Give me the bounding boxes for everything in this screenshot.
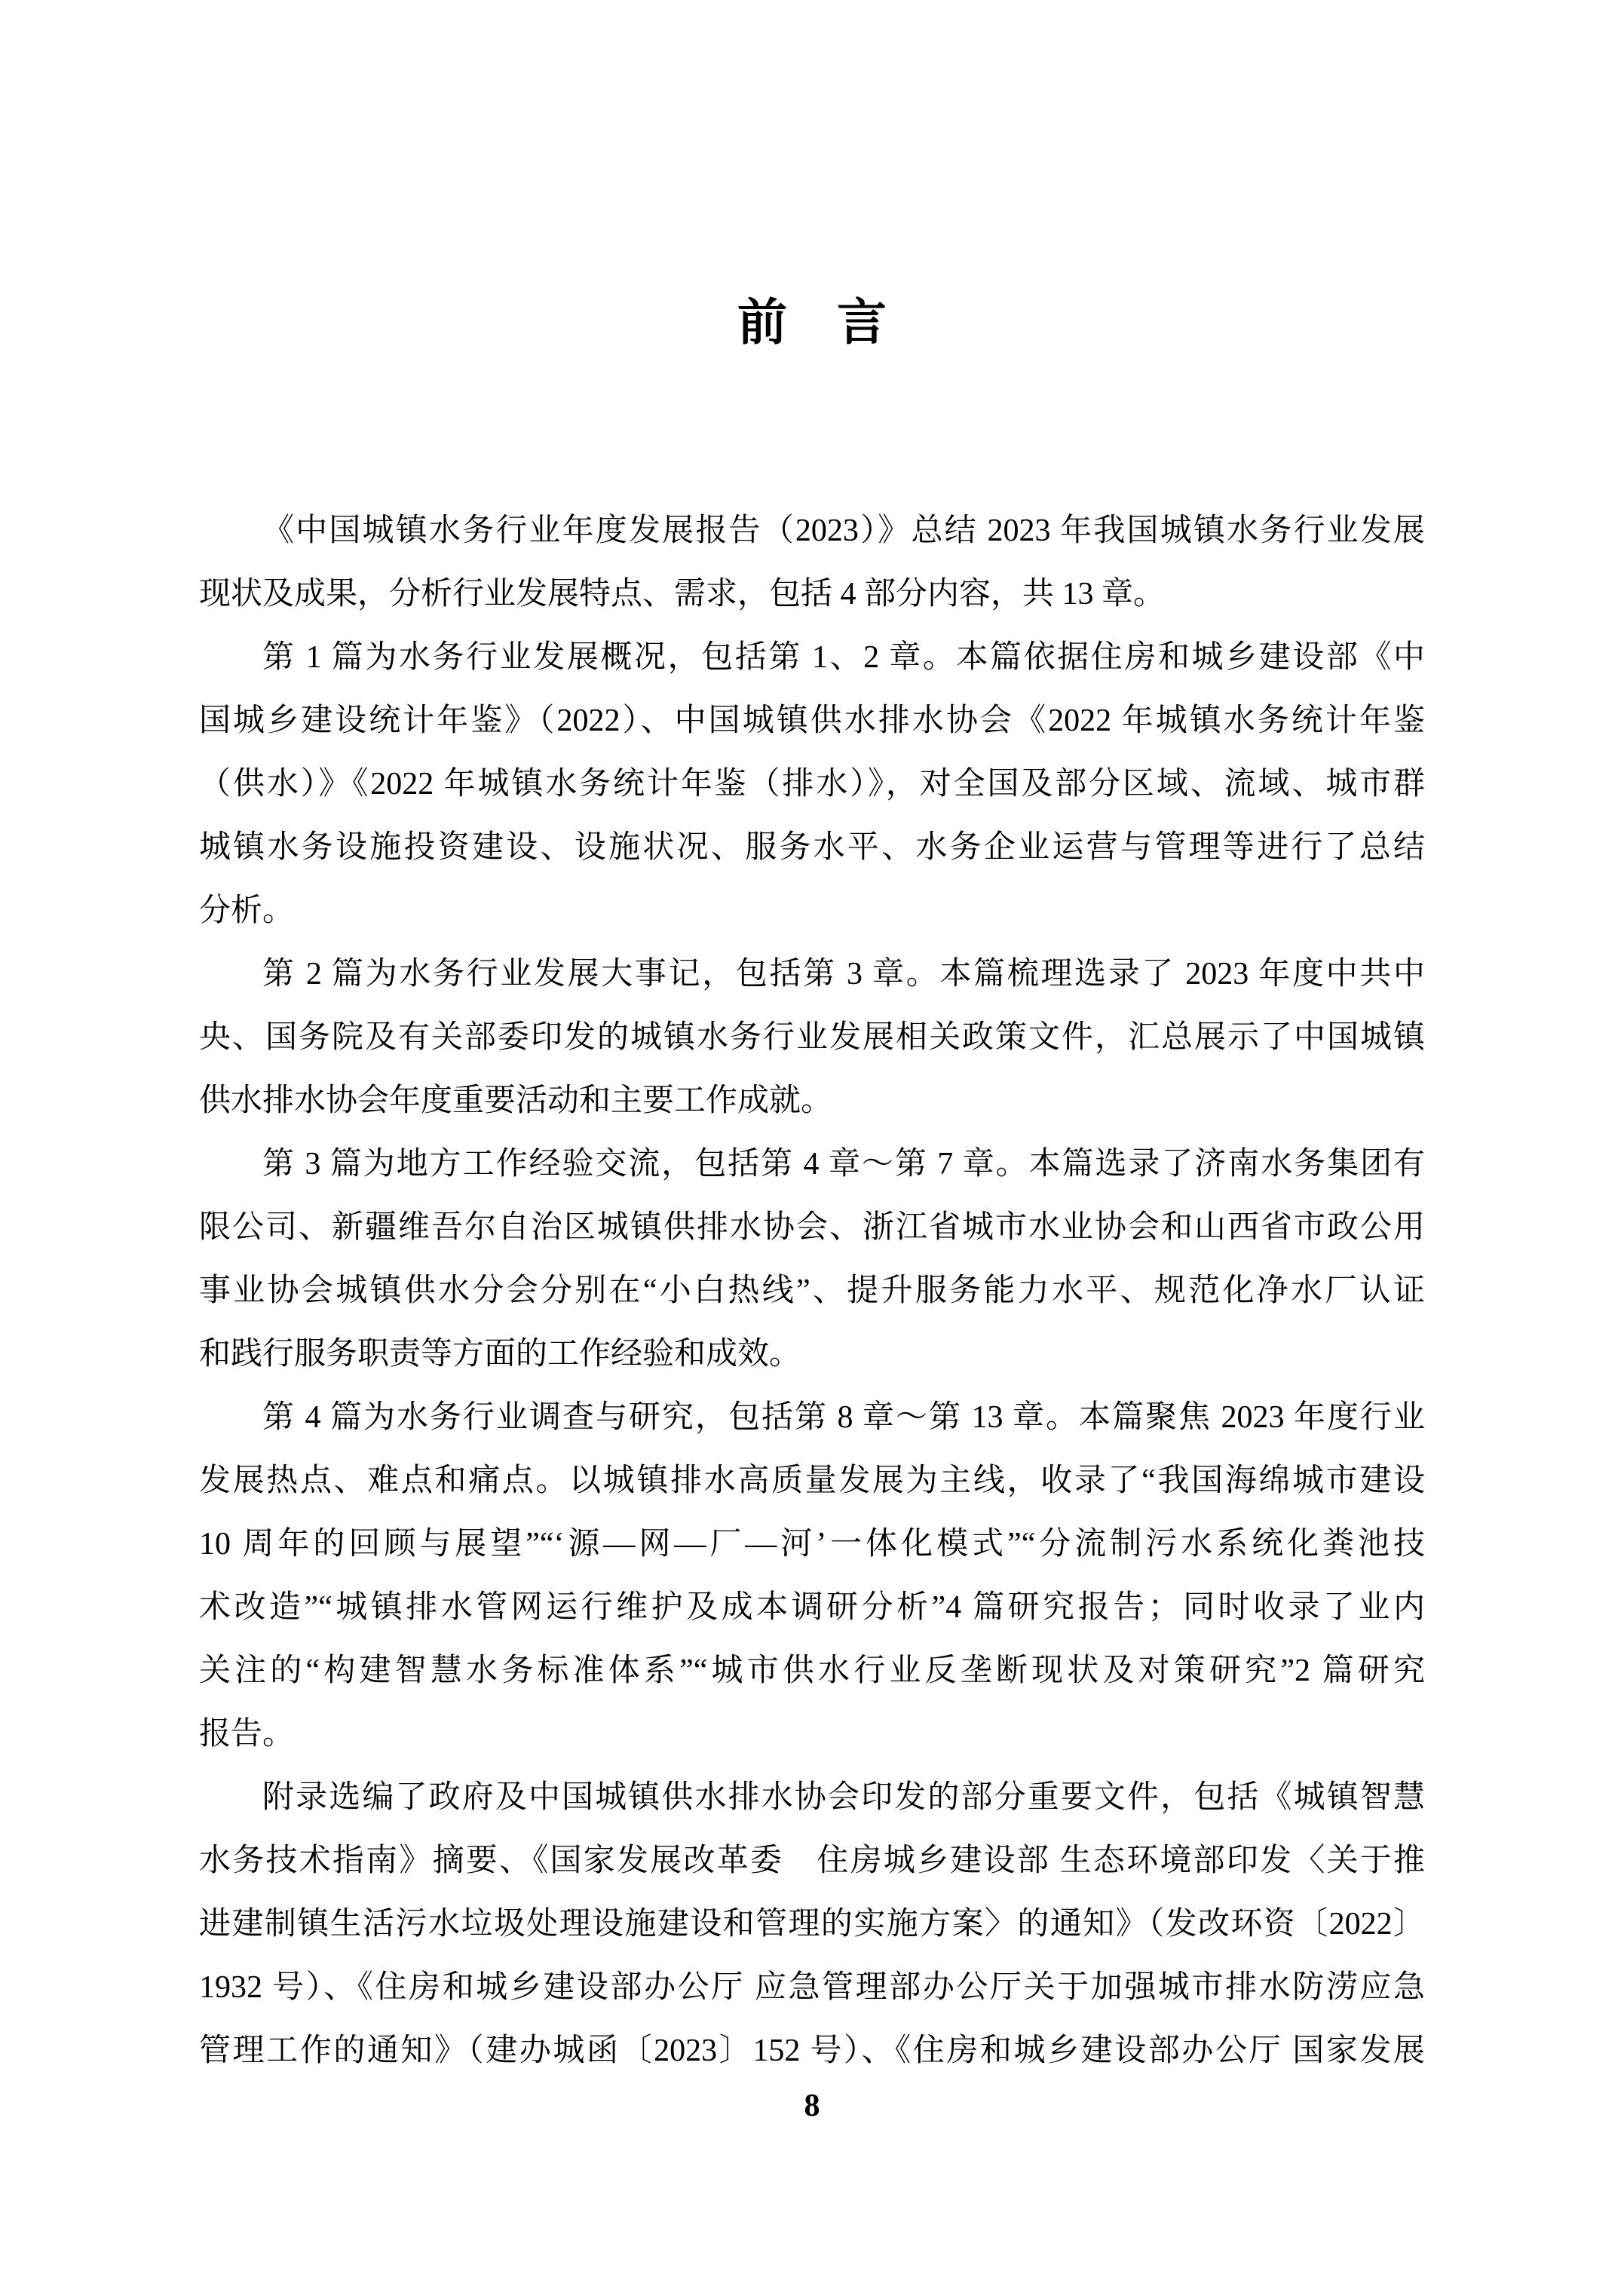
- page-number: 8: [0, 2087, 1624, 2125]
- text-line: 进建制镇生活污水垃圾处理设施建设和管理的实施方案〉的通知》（发改环资〔2022〕: [199, 1892, 1425, 1956]
- text-line: 报告。: [199, 1702, 1425, 1766]
- text-line: 附录选编了政府及中国城镇供水排水协会印发的部分重要文件，包括《城镇智慧: [199, 1766, 1425, 1829]
- text-line: （供水）》《2022 年城镇水务统计年鉴（排水）》，对全国及部分区域、流域、城市…: [199, 752, 1425, 816]
- text-line: 1932 号）、《住房和城乡建设部办公厅 应急管理部办公厅关于加强城市排水防涝应…: [199, 1956, 1425, 2019]
- text-line: 第 1 篇为水务行业发展概况，包括第 1、2 章。本篇依据住房和城乡建设部《中: [199, 626, 1425, 689]
- document-page: 前 言 《中国城镇水务行业年度发展报告（2023）》总结 2023 年我国城镇水…: [0, 0, 1624, 2274]
- paragraph: 第 4 篇为水务行业调查与研究，包括第 8 章～第 13 章。本篇聚焦 2023…: [199, 1386, 1425, 1766]
- text-line: 水务技术指南》摘要、《国家发展改革委 住房城乡建设部 生态环境部印发〈关于推: [199, 1829, 1425, 1892]
- text-line: 现状及成果，分析行业发展特点、需求，包括 4 部分内容，共 13 章。: [199, 562, 1425, 626]
- text-line: 第 3 篇为地方工作经验交流，包括第 4 章～第 7 章。本篇选录了济南水务集团…: [199, 1132, 1425, 1196]
- text-line: 限公司、新疆维吾尔自治区城镇供排水协会、浙江省城市水业协会和山西省市政公用: [199, 1196, 1425, 1259]
- paragraph: 《中国城镇水务行业年度发展报告（2023）》总结 2023 年我国城镇水务行业发…: [199, 499, 1425, 626]
- paragraph: 附录选编了政府及中国城镇供水排水协会印发的部分重要文件，包括《城镇智慧水务技术指…: [199, 1766, 1425, 2082]
- paragraph: 第 3 篇为地方工作经验交流，包括第 4 章～第 7 章。本篇选录了济南水务集团…: [199, 1132, 1425, 1386]
- text-line: 第 2 篇为水务行业发展大事记，包括第 3 章。本篇梳理选录了 2023 年度中…: [199, 942, 1425, 1006]
- text-line: 事业协会城镇供水分会分别在“小白热线”、提升服务能力水平、规范化净水厂认证: [199, 1259, 1425, 1322]
- paragraph: 第 2 篇为水务行业发展大事记，包括第 3 章。本篇梳理选录了 2023 年度中…: [199, 942, 1425, 1132]
- text-line: 管理工作的通知》（建办城函〔2023〕152 号）、《住房和城乡建设部办公厅 国…: [199, 2019, 1425, 2082]
- text-line: 关注的“构建智慧水务标准体系”“城市供水行业反垄断现状及对策研究”2 篇研究: [199, 1639, 1425, 1702]
- text-line: 城镇水务设施投资建设、设施状况、服务水平、水务企业运营与管理等进行了总结: [199, 816, 1425, 879]
- preface-body: 《中国城镇水务行业年度发展报告（2023）》总结 2023 年我国城镇水务行业发…: [199, 499, 1425, 2082]
- text-line: 供水排水协会年度重要活动和主要工作成就。: [199, 1069, 1425, 1132]
- text-line: 术改造”“城镇排水管网运行维护及成本调研分析”4 篇研究报告；同时收录了业内: [199, 1576, 1425, 1639]
- text-line: 10 周年的回顾与展望”“‘源—网—厂—河’一体化模式”“分流制污水系统化粪池技: [199, 1512, 1425, 1576]
- text-line: 央、国务院及有关部委印发的城镇水务行业发展相关政策文件，汇总展示了中国城镇: [199, 1006, 1425, 1069]
- page-title: 前 言: [0, 0, 1624, 348]
- text-line: 《中国城镇水务行业年度发展报告（2023）》总结 2023 年我国城镇水务行业发…: [199, 499, 1425, 562]
- paragraph: 第 1 篇为水务行业发展概况，包括第 1、2 章。本篇依据住房和城乡建设部《中国…: [199, 626, 1425, 942]
- text-line: 第 4 篇为水务行业调查与研究，包括第 8 章～第 13 章。本篇聚焦 2023…: [199, 1386, 1425, 1449]
- text-line: 分析。: [199, 879, 1425, 942]
- text-line: 国城乡建设统计年鉴》（2022）、中国城镇供水排水协会《2022 年城镇水务统计…: [199, 689, 1425, 752]
- text-line: 和践行服务职责等方面的工作经验和成效。: [199, 1322, 1425, 1386]
- text-line: 发展热点、难点和痛点。以城镇排水高质量发展为主线，收录了“我国海绵城市建设: [199, 1449, 1425, 1512]
